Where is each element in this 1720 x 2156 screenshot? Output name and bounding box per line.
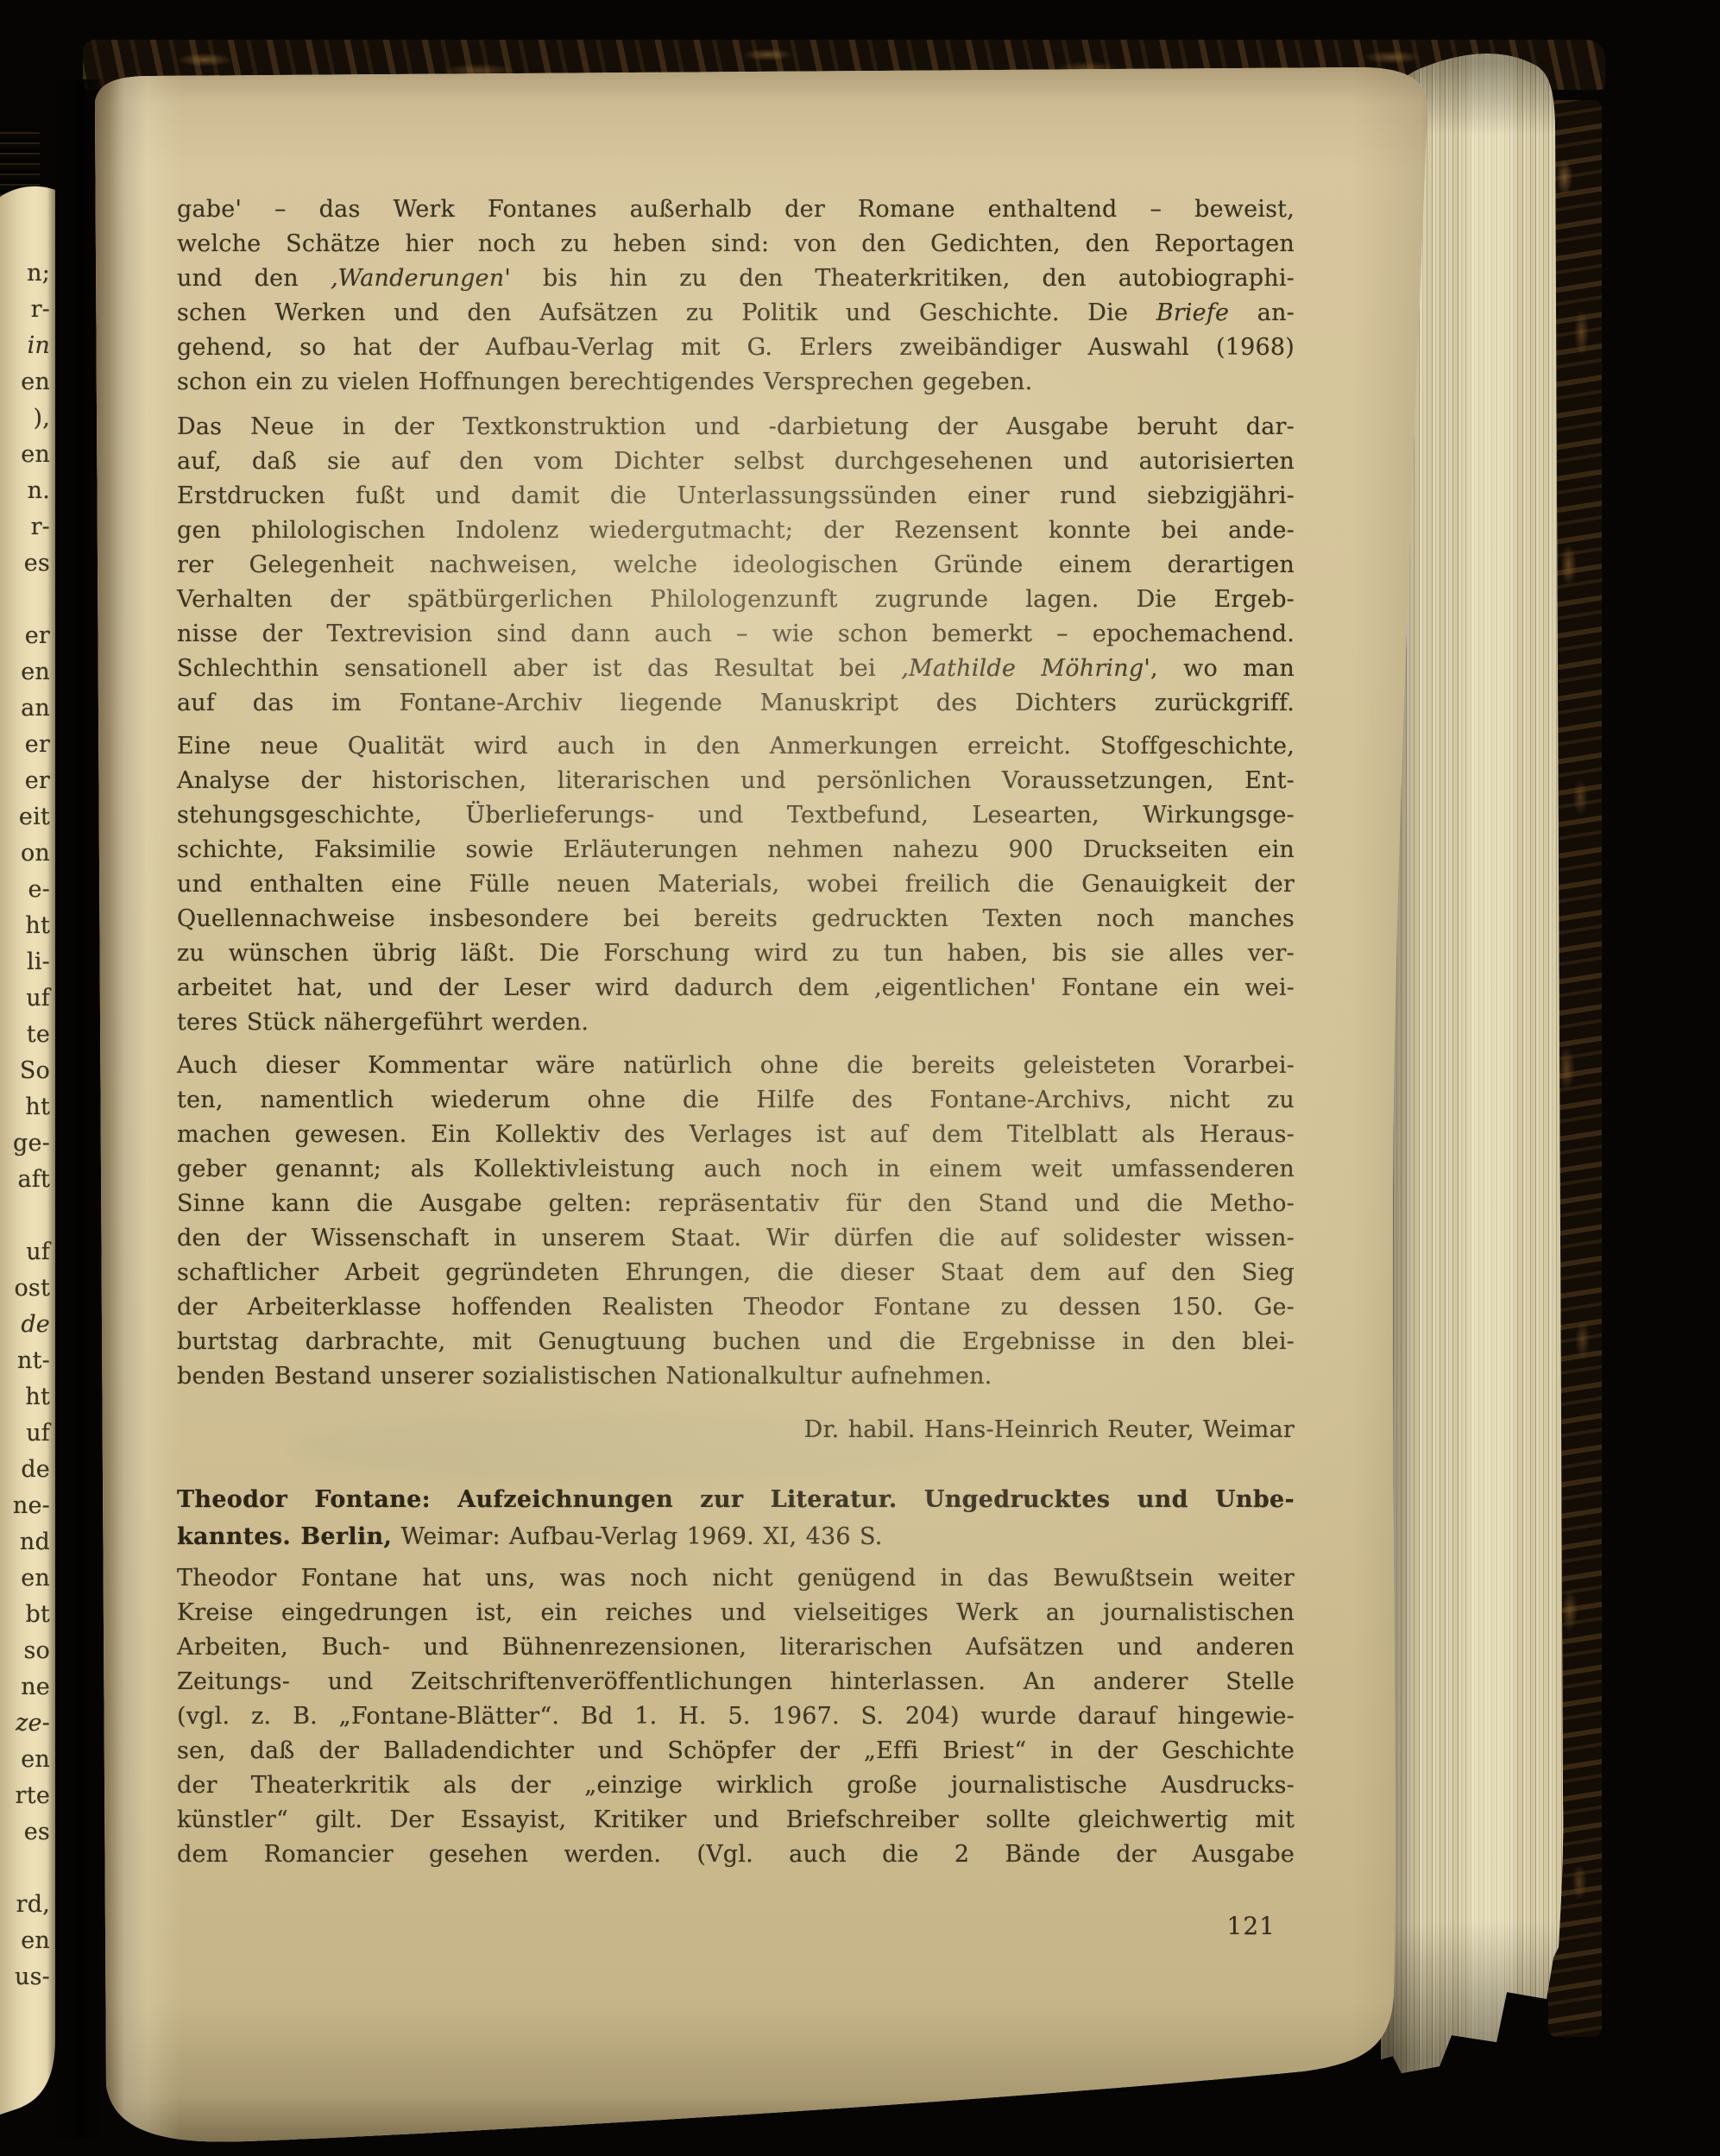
text-segment: schen Werken und den Aufsätzen zu Politi… (177, 299, 1156, 326)
text-line: schen Werken und den Aufsätzen zu Politi… (177, 296, 1295, 331)
text-segment: der Arbeiterklasse hoffenden Realisten T… (177, 1294, 1295, 1321)
edge-text-fragment: aft (0, 1162, 50, 1198)
edge-text-fragment: ne (0, 1669, 50, 1705)
text-line: ten, namentlich wiederum ohne die Hilfe … (177, 1083, 1295, 1118)
text-line: auf das im Fontane-Archiv liegende Manus… (177, 686, 1295, 721)
text-segment: und enthalten eine Fülle neuen Materials… (177, 871, 1295, 898)
text-line: nisse der Textrevision sind dann auch – … (177, 617, 1295, 652)
text-segment: gehend, so hat der Aufbau-Verlag mit G. … (177, 334, 1295, 361)
text-segment: Analyse der historischen, literarischen … (177, 767, 1295, 794)
text-segment: Eine neue Qualität wird auch in den Anme… (177, 733, 1295, 760)
text-line: schaftlicher Arbeit gegründeten Ehrungen… (177, 1256, 1295, 1290)
text-segment: auf, daß sie auf den vom Dichter selbst … (177, 448, 1295, 475)
text-line: dem Romancier gesehen werden. (Vgl. auch… (177, 1838, 1295, 1872)
text-line: Eine neue Qualität wird auch in den Anme… (177, 729, 1295, 764)
edge-text-fragment: ge- (0, 1125, 50, 1162)
paragraph: Theodor Fontane hat uns, was noch nicht … (177, 1561, 1295, 1872)
text-segment: geber genannt; als Kollektivleistung auc… (177, 1156, 1295, 1182)
text-segment: ‚Wanderungen' (331, 265, 511, 292)
text-segment: Theodor Fontane: Aufzeichnungen zur Lite… (177, 1486, 1295, 1513)
edge-text-fragment: nd (0, 1524, 50, 1560)
edge-text-fragment: en (0, 1742, 50, 1778)
text-segment: an- (1229, 299, 1295, 326)
text-line: Schlechthin sensationell aber ist das Re… (177, 652, 1295, 686)
edge-text-fragment: bt (0, 1597, 50, 1633)
text-segment: Kreise eingedrungen ist, ein reiches und… (177, 1599, 1295, 1626)
text-line: und enthalten eine Fülle neuen Materials… (177, 867, 1295, 902)
text-column: gabe' – das Werk Fontanes außerhalb der … (95, 67, 1454, 2149)
text-line: Kreise eingedrungen ist, ein reiches und… (177, 1596, 1295, 1630)
text-segment: der Theaterkritik als der „einzige wirkl… (177, 1772, 1295, 1799)
edge-text-fragment: de (0, 1452, 50, 1488)
text-line: gehend, so hat der Aufbau-Verlag mit G. … (177, 331, 1295, 365)
text-segment: Das Neue in der Textkonstruktion und -da… (177, 413, 1295, 440)
text-segment: zu wünschen übrig läßt. Die Forschung wi… (177, 940, 1295, 967)
text-line: kanntes. Berlin, Weimar: Aufbau-Verlag 1… (177, 1518, 1295, 1555)
text-segment: burtstag darbrachte, mit Genugtuung buch… (177, 1328, 1295, 1355)
text-line: welche Schätze hier noch zu heben sind: … (177, 227, 1295, 262)
edge-text-fragment: li- (0, 944, 50, 980)
text-line: rer Gelegenheit nachweisen, welche ideol… (177, 548, 1295, 583)
text-line: der Arbeiterklasse hoffenden Realisten T… (177, 1290, 1295, 1325)
text-line: Erstdrucken fußt und damit die Unterlass… (177, 479, 1295, 514)
edge-text-fragment: en (0, 364, 50, 400)
text-line: gen philologischen Indolenz wiedergutmac… (177, 514, 1295, 548)
edge-text-fragment: n; (0, 255, 50, 292)
text-segment: Sinne kann die Ausgabe gelten: repräsent… (177, 1190, 1295, 1217)
text-line: stehungsgeschichte, Überlieferungs- und … (177, 798, 1295, 833)
text-line: sen, daß der Balladendichter und Schöpfe… (177, 1734, 1295, 1768)
edge-text-fragment: in (0, 328, 50, 364)
gutter-shadow (47, 79, 105, 2139)
text-line: auf, daß sie auf den vom Dichter selbst … (177, 444, 1295, 479)
text-segment: schichte, Faksimilie sowie Erläuterungen… (177, 836, 1295, 863)
text-line: arbeitet hat, und der Leser wird dadurch… (177, 971, 1295, 1006)
text-line: burtstag darbrachte, mit Genugtuung buch… (177, 1325, 1295, 1359)
text-segment: Schlechthin sensationell aber ist das Re… (177, 655, 901, 682)
text-segment: Arbeiten, Buch- und Bühnenrezensionen, l… (177, 1634, 1295, 1661)
text-line: geber genannt; als Kollektivleistung auc… (177, 1152, 1295, 1187)
edge-text-fragment: es (0, 545, 50, 582)
text-line: Arbeiten, Buch- und Bühnenrezensionen, l… (177, 1630, 1295, 1665)
edge-text-fragment: So (0, 1053, 50, 1089)
edge-text-fragment: ht (0, 1089, 50, 1125)
text-line: Zeitungs- und Zeitschriftenveröffentlich… (177, 1665, 1295, 1699)
text-line: Analyse der historischen, literarischen … (177, 764, 1295, 798)
edge-text-fragment: so (0, 1633, 50, 1669)
text-segment: arbeitet hat, und der Leser wird dadurch… (177, 974, 1295, 1001)
edge-text-fragment: rte (0, 1778, 50, 1814)
page-number: 121 (177, 1909, 1276, 1944)
edge-text-fragment: ne- (0, 1488, 50, 1524)
text-line: gabe' – das Werk Fontanes außerhalb der … (177, 192, 1295, 227)
edge-text-fragment: ost (0, 1270, 50, 1307)
edge-text-fragment (0, 1198, 50, 1234)
text-line: Auch dieser Kommentar wäre natürlich ohn… (177, 1049, 1295, 1083)
text-line: Verhalten der spätbürgerlichen Philologe… (177, 583, 1295, 617)
text-segment: , wo man (1150, 655, 1295, 682)
edge-text-fragment: uf (0, 980, 50, 1017)
edge-text-fragment: ), (0, 400, 50, 437)
edge-text-fragment: en (0, 1923, 50, 1959)
edge-text-fragment: r- (0, 292, 50, 328)
paragraph: gabe' – das Werk Fontanes außerhalb der … (177, 192, 1295, 400)
edge-text-fragment: e- (0, 872, 50, 908)
text-segment: und den (177, 265, 331, 292)
text-segment: schaftlicher Arbeit gegründeten Ehrungen… (177, 1259, 1295, 1286)
text-segment: ten, namentlich wiederum ohne die Hilfe … (177, 1087, 1295, 1113)
text-segment: Erstdrucken fußt und damit die Unterlass… (177, 482, 1295, 509)
book-page: gabe' – das Werk Fontanes außerhalb der … (95, 67, 1454, 2149)
text-segment: Quellennachweise insbesondere bei bereit… (177, 905, 1295, 932)
text-segment: machen gewesen. Ein Kollektiv des Verlag… (177, 1121, 1295, 1148)
text-segment: rer Gelegenheit nachweisen, welche ideol… (177, 552, 1295, 578)
edge-text-fragment: er (0, 727, 50, 763)
text-segment: schon ein zu vielen Hoffnungen berechtig… (177, 369, 1032, 395)
text-line: und den ‚Wanderungen' bis hin zu den The… (177, 262, 1295, 296)
edge-text-fragment: de (0, 1307, 50, 1343)
text-segment: Briefe (1156, 299, 1230, 326)
text-segment: gen philologischen Indolenz wiedergutmac… (177, 517, 1295, 544)
text-segment: benden Bestand unserer sozialistischen N… (177, 1363, 992, 1390)
text-line: teres Stück nähergeführt werden. (177, 1006, 1295, 1040)
text-segment: (vgl. z. B. „Fontane-Blätter“. Bd 1. H. … (177, 1703, 1295, 1730)
edge-text-fragment: ze- (0, 1705, 50, 1742)
text-line: Sinne kann die Ausgabe gelten: repräsent… (177, 1187, 1295, 1221)
text-segment: Auch dieser Kommentar wäre natürlich ohn… (177, 1052, 1295, 1079)
text-line: Quellennachweise insbesondere bei bereit… (177, 902, 1295, 936)
book-scan: n;r-inen),enn.r-eserenanerereitone-htli-… (0, 0, 1720, 2156)
edge-text-fragment: te (0, 1017, 50, 1053)
text-line: schichte, Faksimilie sowie Erläuterungen… (177, 833, 1295, 867)
edge-text-fragment (0, 582, 50, 618)
text-segment: Zeitungs- und Zeitschriftenveröffentlich… (177, 1668, 1295, 1695)
text-line: (vgl. z. B. „Fontane-Blätter“. Bd 1. H. … (177, 1699, 1295, 1734)
edge-text-fragment: en (0, 1560, 50, 1597)
text-segment: künstler“ gilt. Der Essayist, Kritiker u… (177, 1806, 1295, 1833)
text-segment: teres Stück nähergeführt werden. (177, 1009, 589, 1036)
text-segment: ‚Mathilde Möhring' (901, 655, 1150, 682)
edge-text-fragment: ht (0, 1379, 50, 1415)
text-segment: auf das im Fontane-Archiv liegende Manus… (177, 690, 1295, 716)
paragraph: Auch dieser Kommentar wäre natürlich ohn… (177, 1049, 1295, 1394)
text-segment: nisse der Textrevision sind dann auch – … (177, 621, 1295, 647)
text-segment: dem Romancier gesehen werden. (Vgl. auch… (177, 1841, 1295, 1868)
text-line: machen gewesen. Ein Kollektiv des Verlag… (177, 1118, 1295, 1152)
text-line: Theodor Fontane hat uns, was noch nicht … (177, 1561, 1295, 1596)
text-line: Dr. habil. Hans-Heinrich Reuter, Weimar (177, 1413, 1295, 1447)
edge-text-fragment: en (0, 437, 50, 473)
text-line: benden Bestand unserer sozialistischen N… (177, 1359, 1295, 1394)
text-line: zu wünschen übrig läßt. Die Forschung wi… (177, 936, 1295, 971)
text-segment: Theodor Fontane hat uns, was noch nicht … (177, 1565, 1295, 1592)
paragraph: Eine neue Qualität wird auch in den Anme… (177, 729, 1295, 1040)
text-segment: kanntes. Berlin, (177, 1523, 392, 1550)
text-segment: Dr. habil. Hans-Heinrich Reuter, Weimar (804, 1416, 1295, 1443)
signature: Dr. habil. Hans-Heinrich Reuter, Weimar (177, 1413, 1295, 1447)
edge-text-fragment: rd, (0, 1887, 50, 1923)
paragraph: Das Neue in der Textkonstruktion und -da… (177, 410, 1295, 721)
text-segment: bis hin zu den Theaterkritiken, den auto… (511, 265, 1295, 292)
edge-text-fragment: er (0, 618, 50, 654)
text-line: Theodor Fontane: Aufzeichnungen zur Lite… (177, 1481, 1295, 1518)
edge-text-fragment: on (0, 835, 50, 872)
edge-text-fragment: en (0, 654, 50, 690)
text-segment: gabe' – das Werk Fontanes außerhalb der … (177, 196, 1295, 223)
text-line: der Theaterkritik als der „einzige wirkl… (177, 1768, 1295, 1803)
text-line: künstler“ gilt. Der Essayist, Kritiker u… (177, 1803, 1295, 1838)
text-segment: welche Schätze hier noch zu heben sind: … (177, 230, 1295, 257)
text-segment: stehungsgeschichte, Überlieferungs- und … (177, 802, 1295, 829)
heading: Theodor Fontane: Aufzeichnungen zur Lite… (177, 1481, 1295, 1555)
edge-text-fragment: nt- (0, 1343, 50, 1379)
text-line: Das Neue in der Textkonstruktion und -da… (177, 410, 1295, 444)
edge-text-fragment: eit (0, 799, 50, 835)
edge-text-fragment: n. (0, 473, 50, 509)
text-segment: sen, daß der Balladendichter und Schöpfe… (177, 1737, 1295, 1764)
edge-text-fragment: uf (0, 1234, 50, 1270)
edge-text-fragment: an (0, 690, 50, 727)
edge-text-fragment: er (0, 763, 50, 799)
text-segment: Weimar: Aufbau-Verlag 1969. XI, 436 S. (392, 1523, 882, 1550)
edge-text-fragment: us- (0, 1959, 50, 1995)
text-segment: Verhalten der spätbürgerlichen Philologe… (177, 586, 1295, 613)
text-segment: den der Wissenschaft in unserem Staat. W… (177, 1225, 1295, 1251)
text-line: schon ein zu vielen Hoffnungen berechtig… (177, 365, 1295, 400)
edge-text-fragment: ht (0, 908, 50, 944)
edge-text-fragment: uf (0, 1415, 50, 1452)
edge-text-fragment: r- (0, 509, 50, 545)
edge-text-fragment (0, 1850, 50, 1887)
text-line: den der Wissenschaft in unserem Staat. W… (177, 1221, 1295, 1256)
edge-text-fragment: es (0, 1814, 50, 1850)
